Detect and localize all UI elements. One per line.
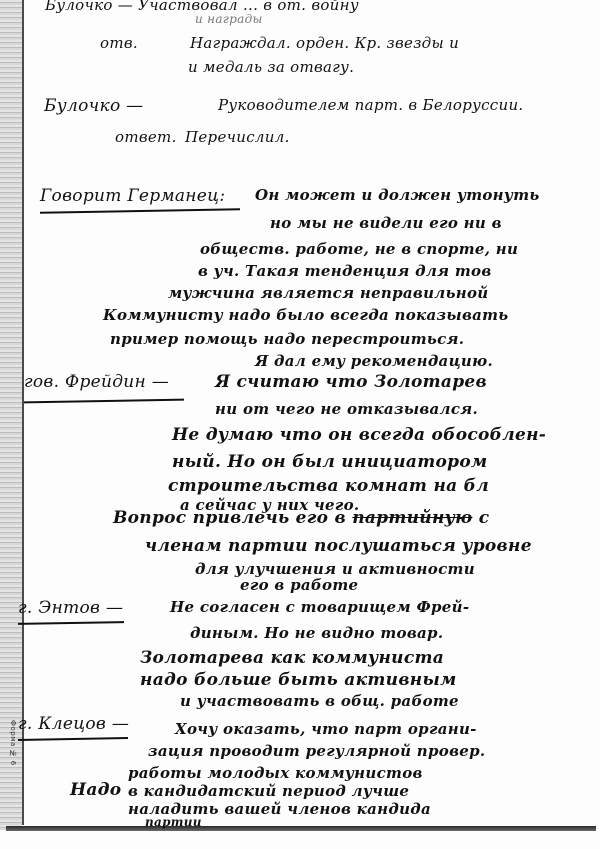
line-17: строительства комнат на бл [168,476,489,496]
line-22: его в работе [240,576,358,594]
document-page: Форма № 6 Булочко — Участвовал ... в от.… [0,0,600,849]
line-3: Руководителем парт. в Белоруссии. [218,96,523,114]
line-23: Не согласен с товарищем Фрей- [170,598,469,616]
line-1-label: отв. [100,34,138,52]
line-24: диным. Но не видно товар. [190,624,443,642]
line-15: Не думаю что он всегда обособлен- [172,425,546,445]
line-19-text: Вопрос привлечь его в [113,508,346,528]
line-4: Перечислил. [185,128,290,146]
line-30: работы молодых коммунистов [128,764,423,782]
line-4-label: ответ. [115,128,177,146]
line-12: Я дал ему рекомендацию. [255,352,493,370]
line-7: обществ. работе, не в спорте, ни [200,240,518,258]
line-6: но мы не видели его ни в [270,214,502,232]
line-27: и участвовать в общ. работе [180,692,459,710]
line-0-insert: и награды [195,12,263,26]
line-10: Коммунисту надо было всегда показывать [103,306,509,324]
line-19-struck: партийную [352,508,472,528]
speaker-bulochko: Булочко — [44,96,143,116]
binding-edge [0,0,22,830]
margin-line [22,0,24,825]
line-1: Награждал. орден. Кр. звезды и [190,34,459,52]
speaker-underline [18,737,128,741]
speaker-underline [40,208,240,213]
line-25: Золотарева как коммуниста [140,648,444,668]
line-20: членам партии послушаться уровне [145,536,532,556]
line-31: в кандидатский период лучше [128,782,409,800]
line-30-margin: Надо [70,780,121,800]
line-14: ни от чего не отказывался. [215,400,478,418]
speaker-germanets: Говорит Германец: [40,186,225,206]
line-19-end: с [479,508,490,528]
speaker-underline [18,621,124,625]
speaker-freidin: гов. Фрейдин — [24,372,169,392]
line-5: Он может и должен утонуть [255,186,540,204]
speaker-underline [24,399,184,404]
line-16: ный. Но он был инициатором [172,452,487,472]
line-13: Я считаю что Золотарев [215,372,487,392]
margin-stamp: Форма № 6 [9,720,17,766]
speaker-entov: г. Энтов — [18,598,123,618]
line-9: мужчина является неправильной [168,284,489,302]
line-8: в уч. Такая тенденция для тов [198,262,492,280]
line-28: Хочу оказать, что парт органи- [175,720,477,738]
line-26: надо больше быть активным [140,670,457,690]
page-bottom-edge [6,826,596,831]
line-2: и медаль за отвагу. [188,58,354,76]
speaker-kletsov: г. Клецов — [18,714,129,734]
line-11: пример помощь надо перестроиться. [110,330,464,348]
line-33: партии [145,815,202,829]
line-19: Вопрос привлечь его в партийную с [113,508,489,528]
line-29: зация проводит регулярной провер. [148,742,485,760]
